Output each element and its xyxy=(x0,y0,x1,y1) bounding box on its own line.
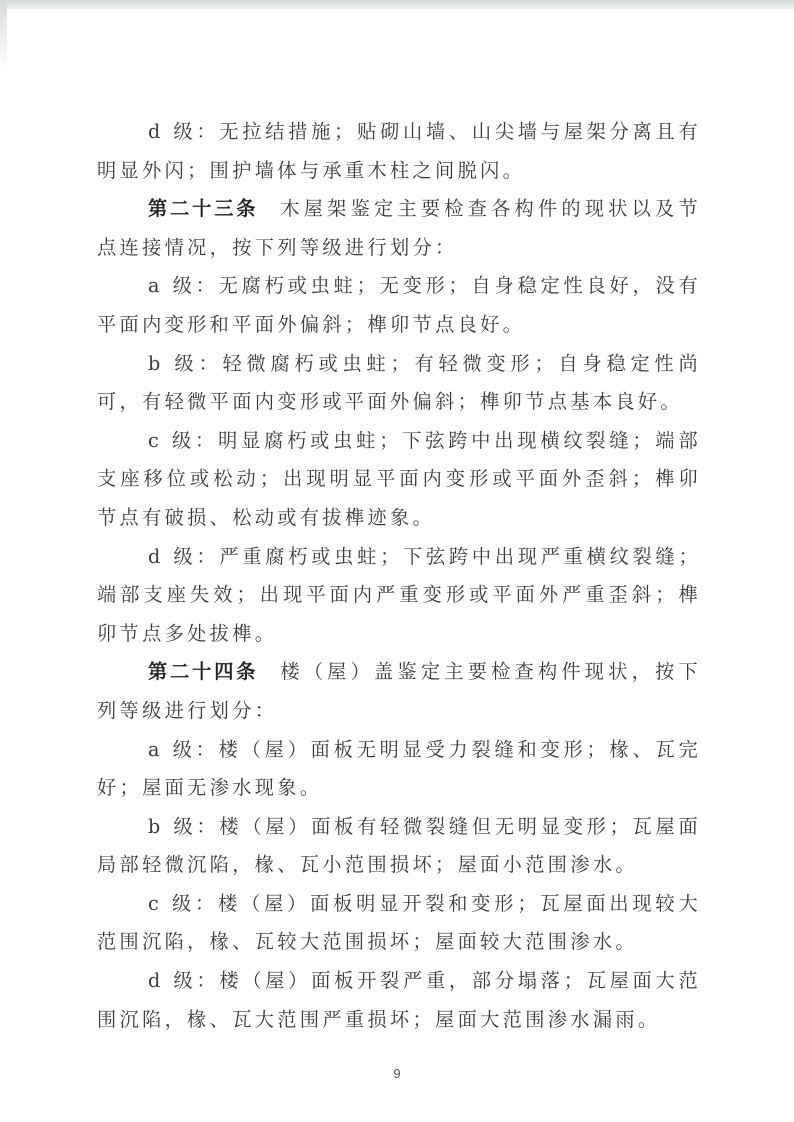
article-24: 第二十四条楼（屋）盖鉴定主要检查构件现状，按下列等级进行划分： xyxy=(97,653,701,730)
scan-edge-left xyxy=(0,0,7,70)
article-label: 第二十三条 xyxy=(148,197,258,220)
paragraph-floor-grade-d: d 级：楼（屋）面板开裂严重，部分塌落；瓦屋面大范围沉陷，椽、瓦大范围严重损坏；… xyxy=(97,962,701,1039)
paragraph-floor-grade-c: c 级：楼（屋）面板明显开裂和变形；瓦屋面出现较大范围沉陷，椽、瓦较大范围损坏；… xyxy=(97,885,701,962)
paragraph-floor-grade-a: a 级：楼（屋）面板无明显受力裂缝和变形；椽、瓦完好；屋面无渗水现象。 xyxy=(97,731,701,808)
paragraph-text: d 级：楼（屋）面板开裂严重，部分塌落；瓦屋面大范围沉陷，椽、瓦大范围严重损坏；… xyxy=(97,969,701,1031)
paragraph-text: d 级：严重腐朽或虫蛀；下弦跨中出现严重横纹裂缝；端部支座失效；出现平面内严重变… xyxy=(97,545,701,645)
paragraph-floor-grade-b: b 级：楼（屋）面板有轻微裂缝但无明显变形；瓦屋面局部轻微沉陷，椽、瓦小范围损坏… xyxy=(97,808,701,885)
paragraph-text: c 级：楼（屋）面板明显开裂和变形；瓦屋面出现较大范围沉陷，椽、瓦较大范围损坏；… xyxy=(97,892,701,954)
paragraph-text: c 级：明显腐朽或虫蛀；下弦跨中出现横纹裂缝；端部支座移位或松动；出现明显平面内… xyxy=(97,429,701,529)
article-label: 第二十四条 xyxy=(148,660,258,683)
paragraph-truss-grade-d: d 级：严重腐朽或虫蛀；下弦跨中出现严重横纹裂缝；端部支座失效；出现平面内严重变… xyxy=(97,538,701,654)
paragraph-text: b 级：楼（屋）面板有轻微裂缝但无明显变形；瓦屋面局部轻微沉陷，椽、瓦小范围损坏… xyxy=(97,815,701,877)
paragraph-truss-grade-b: b 级：轻微腐朽或虫蛀；有轻微变形；自身稳定性尚可，有轻微平面内变形或平面外偏斜… xyxy=(97,345,701,422)
paragraph-wall-grade-d: d 级：无拉结措施；贴砌山墙、山尖墙与屋架分离且有明显外闪；围护墙体与承重木柱之… xyxy=(97,113,701,190)
paragraph-truss-grade-c: c 级：明显腐朽或虫蛀；下弦跨中出现横纹裂缝；端部支座移位或松动；出现明显平面内… xyxy=(97,422,701,538)
paragraph-text: a 级：楼（屋）面板无明显受力裂缝和变形；椽、瓦完好；屋面无渗水现象。 xyxy=(97,738,701,800)
paragraph-truss-grade-a: a 级：无腐朽或虫蛀；无变形；自身稳定性良好，没有平面内变形和平面外偏斜；榫卯节… xyxy=(97,267,701,344)
paragraph-text: b 级：轻微腐朽或虫蛀；有轻微变形；自身稳定性尚可，有轻微平面内变形或平面外偏斜… xyxy=(97,352,701,414)
page-number: 9 xyxy=(0,1066,794,1081)
paragraph-text: a 级：无腐朽或虫蛀；无变形；自身稳定性良好，没有平面内变形和平面外偏斜；榫卯节… xyxy=(97,274,701,336)
paragraph-text: d 级：无拉结措施；贴砌山墙、山尖墙与屋架分离且有明显外闪；围护墙体与承重木柱之… xyxy=(97,120,701,182)
document-body: d 级：无拉结措施；贴砌山墙、山尖墙与屋架分离且有明显外闪；围护墙体与承重木柱之… xyxy=(97,113,701,1039)
scan-edge-top xyxy=(0,0,794,9)
article-23: 第二十三条木屋架鉴定主要检查各构件的现状以及节点连接情况，按下列等级进行划分： xyxy=(97,190,701,267)
